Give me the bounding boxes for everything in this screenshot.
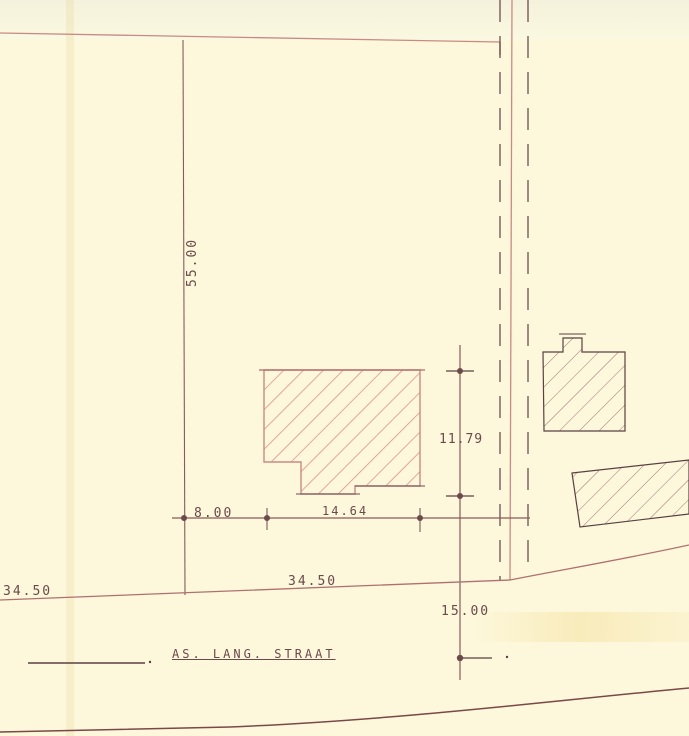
frontage-right-label: 34.50 (288, 574, 337, 589)
neighbor-building-north (543, 334, 625, 431)
front-boundary (0, 545, 689, 600)
street-offset-label: 15.00 (441, 604, 490, 619)
side-setback-label: 8.00 (194, 506, 233, 521)
building-depth-label: 11.79 (439, 432, 483, 447)
dimension-line-vertical (446, 345, 474, 680)
plot-depth-label: 55.00 (185, 238, 200, 287)
street-name-label: AS. LANG. STRAAT (172, 647, 336, 661)
street-far-edge (0, 688, 689, 732)
plot-boundary-left (183, 40, 185, 595)
plot-boundary-top (0, 33, 500, 55)
site-plan-sheet: 55.00 11.79 8.00 14.64 34.50 34.50 15.00… (0, 0, 689, 736)
neighbor-building-south (572, 460, 689, 527)
building-width-label: 14.64 (322, 504, 368, 518)
frontage-left-label: 34.50 (3, 584, 52, 599)
main-building (259, 370, 425, 494)
side-lane (500, 0, 528, 580)
drawing-canvas (0, 0, 689, 736)
